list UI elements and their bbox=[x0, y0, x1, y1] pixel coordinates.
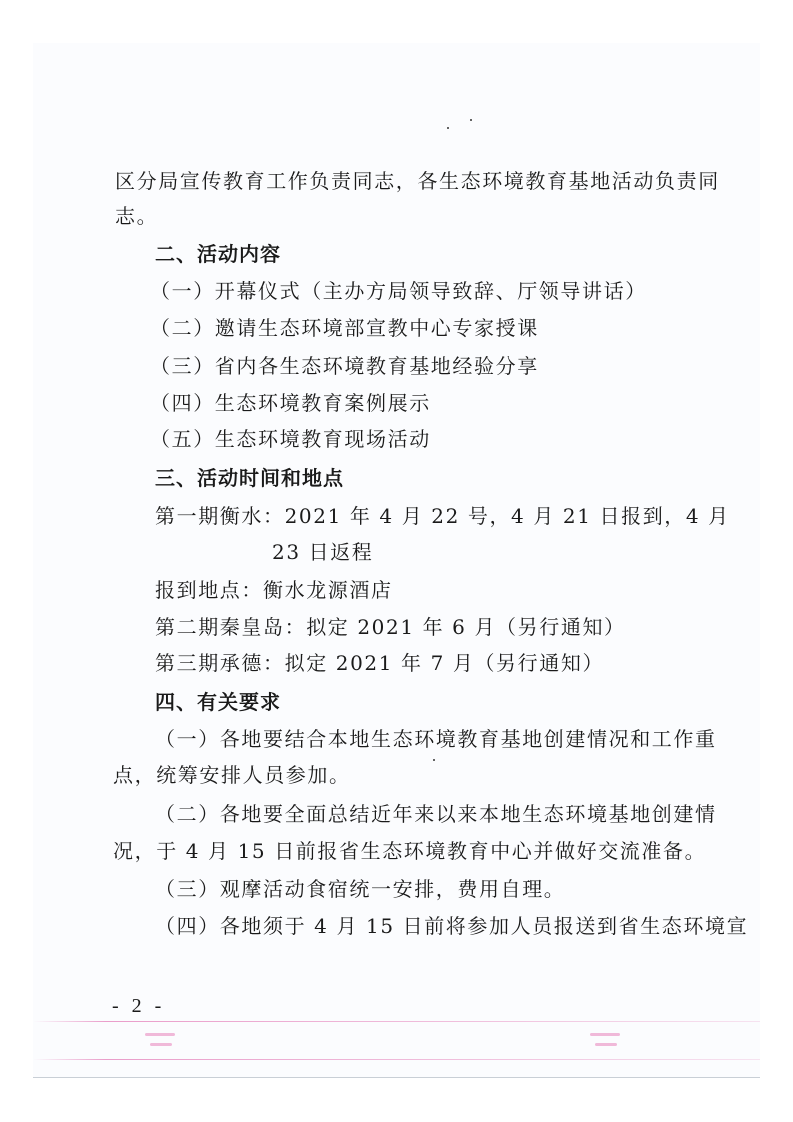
red-ink-showthrough-line bbox=[33, 1021, 760, 1022]
red-ink-showthrough-line bbox=[33, 1059, 760, 1060]
requirement-1-line-1: （一）各地要结合本地生态环境教育基地创建情况和工作重 bbox=[155, 727, 717, 751]
checkin-location: 报到地点：衡水龙源酒店 bbox=[155, 578, 393, 602]
requirement-4-line-1: （四）各地须于 4 月 15 日前将参加人员报送到省生态环境宣 bbox=[155, 914, 748, 938]
red-ink-showthrough-mark bbox=[595, 1043, 617, 1046]
requirement-1-line-2: 点，统筹安排人员参加。 bbox=[113, 763, 351, 787]
section-heading-activity-content: 二、活动内容 bbox=[155, 242, 281, 266]
activity-item-1: （一）开幕仪式（主办方局领导致辞、厅领导讲话） bbox=[150, 279, 647, 303]
scan-speck bbox=[470, 119, 472, 121]
phase-2-schedule: 第二期秦皇岛：拟定 2021 年 6 月（另行通知） bbox=[155, 615, 626, 639]
red-ink-showthrough-mark bbox=[150, 1043, 172, 1046]
section-heading-requirements: 四、有关要求 bbox=[155, 690, 281, 714]
page-number: - 2 - bbox=[112, 995, 165, 1018]
red-ink-showthrough-mark bbox=[590, 1033, 620, 1036]
paragraph-continuation-line-2: 志。 bbox=[115, 204, 158, 228]
paragraph-continuation-line-1: 区分局宣传教育工作负责同志，各生态环境教育基地活动负责同 bbox=[115, 169, 720, 193]
red-ink-showthrough-mark bbox=[145, 1033, 175, 1036]
activity-item-3: （三）省内各生态环境教育基地经验分享 bbox=[150, 354, 539, 378]
requirement-3: （三）观摩活动食宿统一安排，费用自理。 bbox=[155, 877, 565, 901]
activity-item-5: （五）生态环境教育现场活动 bbox=[150, 427, 431, 451]
scan-speck bbox=[433, 759, 435, 761]
requirement-2-line-1: （二）各地要全面总结近年来以来本地生态环境基地创建情 bbox=[155, 802, 717, 826]
activity-item-2: （二）邀请生态环境部宣教中心专家授课 bbox=[150, 316, 539, 340]
activity-item-4: （四）生态环境教育案例展示 bbox=[150, 391, 431, 415]
scan-speck bbox=[447, 127, 449, 129]
phase-1-schedule: 第一期衡水：2021 年 4 月 22 号，4 月 21 日报到，4 月 bbox=[155, 504, 730, 528]
requirement-2-line-2: 况，于 4 月 15 日前报省生态环境教育中心并做好交流准备。 bbox=[113, 839, 706, 863]
phase-3-schedule: 第三期承德：拟定 2021 年 7 月（另行通知） bbox=[155, 651, 604, 675]
phase-1-return: 23 日返程 bbox=[272, 540, 373, 564]
section-heading-time-location: 三、活动时间和地点 bbox=[155, 466, 344, 490]
